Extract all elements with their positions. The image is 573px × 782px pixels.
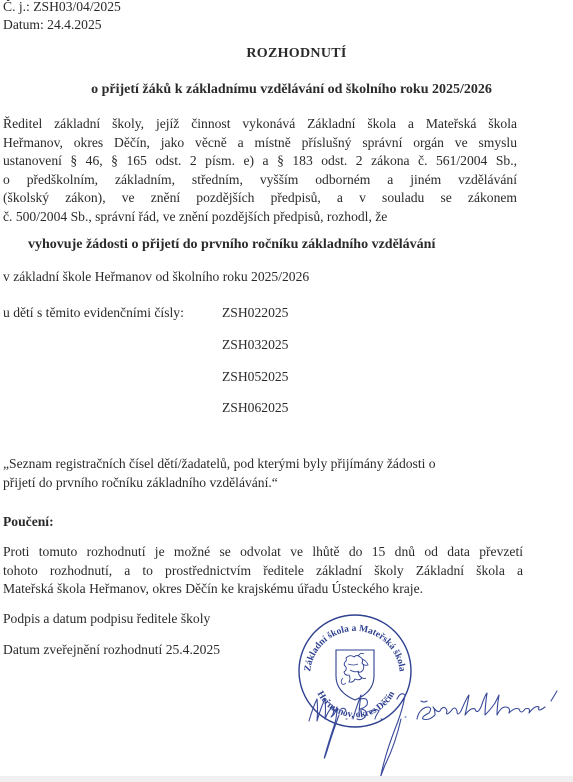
list-note-line: přijetí do prvního ročníku základního vz… bbox=[3, 474, 563, 493]
registration-number: ZSH032025 bbox=[222, 336, 288, 354]
registration-number: ZSH022025 bbox=[222, 304, 288, 322]
list-note: „Seznam registračních čísel dětí/žadatel… bbox=[3, 455, 563, 492]
intro-line: o předškolním, základním, středním, vyšš… bbox=[3, 171, 517, 190]
signature-label: Podpis a datum podpisu ředitele školy bbox=[3, 610, 210, 628]
document-subtitle: o přijetí žáků k základnímu vzdělávání o… bbox=[0, 81, 573, 99]
intro-line: (školský zákon), ve znění pozdějších pře… bbox=[3, 189, 517, 208]
intro-line: č. 500/2004 Sb., správní řád, ve znění p… bbox=[3, 208, 517, 227]
scan-margin bbox=[0, 776, 573, 782]
instruction-line: tohoto rozhodnutí, a to prostřednictvím … bbox=[3, 562, 523, 581]
registration-numbers-label: u dětí s těmito evidenčními čísly: bbox=[3, 304, 184, 322]
document-title: ROZHODNUTÍ bbox=[0, 45, 573, 63]
list-note-line: „Seznam registračních čísel dětí/žadatel… bbox=[3, 455, 563, 474]
intro-line: Ředitel základní školy, jejíž činnost vy… bbox=[3, 115, 517, 134]
instruction-line: Proti tomuto rozhodnutí je možné se odvo… bbox=[3, 543, 523, 562]
school-line: v základní škole Heřmanov od školního ro… bbox=[3, 268, 309, 286]
registration-number: ZSH062025 bbox=[222, 399, 288, 417]
intro-line: Heřmanov, okres Děčín, jako věcně a míst… bbox=[3, 134, 517, 153]
publication-date: Datum zveřejnění rozhodnutí 25.4.2025 bbox=[3, 641, 220, 659]
instruction-heading: Poučení: bbox=[3, 513, 54, 531]
decision-statement: vyhovuje žádosti o přijetí do prvního ro… bbox=[28, 236, 435, 254]
intro-paragraph: Ředitel základní školy, jejíž činnost vy… bbox=[3, 115, 517, 226]
instruction-line: Mateřská škola Heřmanov, okres Děčín ke … bbox=[3, 580, 523, 599]
registration-number: ZSH052025 bbox=[222, 368, 288, 386]
document-page: Č. j.: ZSH03/04/2025 Datum: 24.4.2025 RO… bbox=[0, 0, 573, 776]
director-signature bbox=[305, 685, 573, 782]
instruction-paragraph: Proti tomuto rozhodnutí je možné se odvo… bbox=[3, 543, 523, 599]
document-date: Datum: 24.4.2025 bbox=[3, 16, 102, 34]
reference-number: Č. j.: ZSH03/04/2025 bbox=[3, 0, 121, 16]
intro-line: ustanovení § 46, § 165 odst. 2 písm. e) … bbox=[3, 152, 517, 171]
